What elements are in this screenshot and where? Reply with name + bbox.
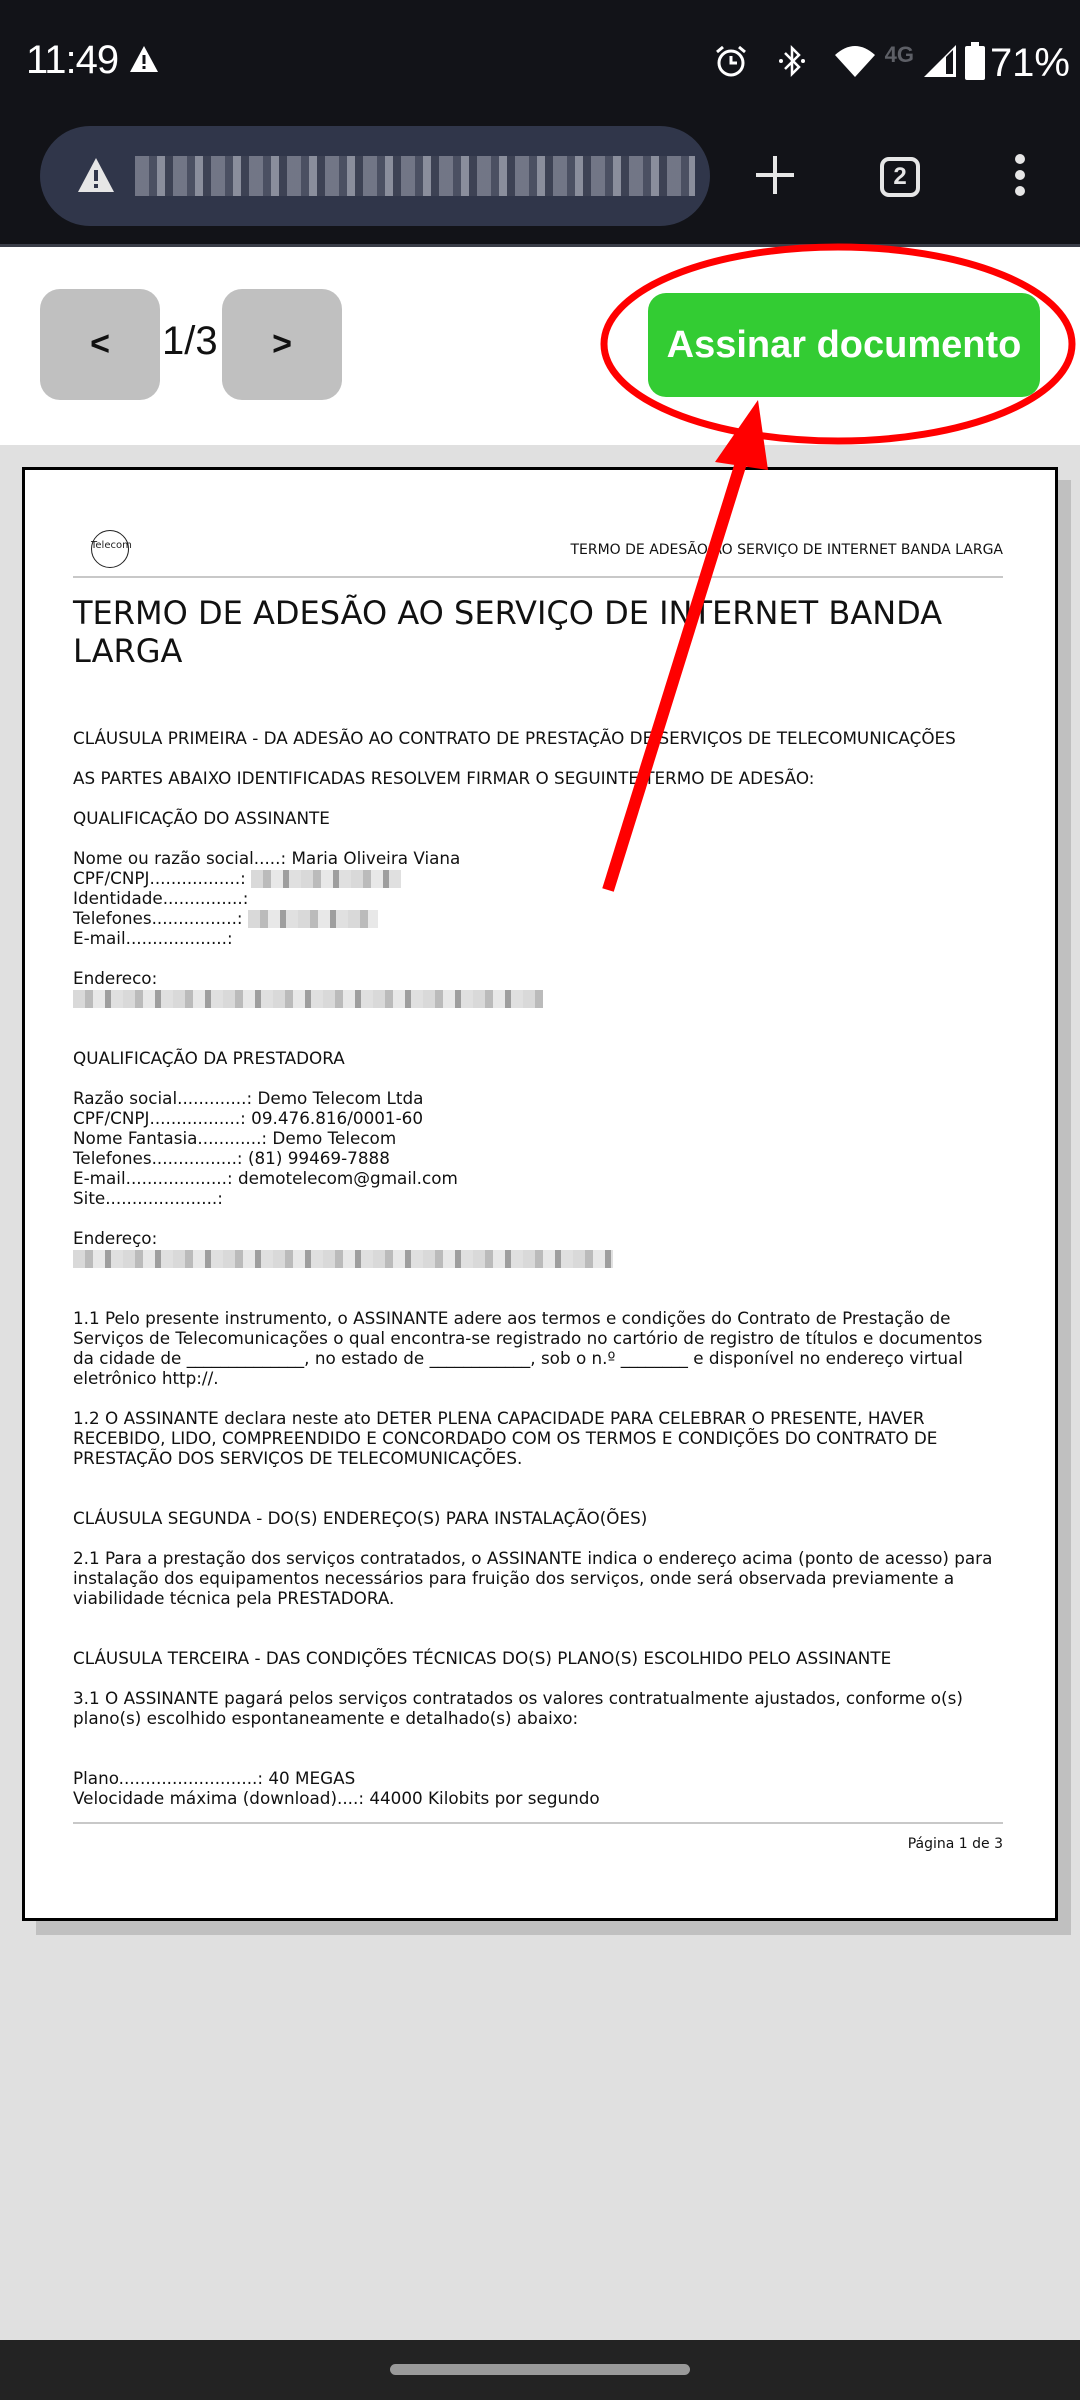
speed-value: 44000 Kilobits por segundo [369, 1788, 599, 1808]
clause-2-heading: CLÁUSULA SEGUNDA - DO(S) ENDEREÇO(S) PAR… [73, 1508, 1003, 1528]
signal-icon [922, 43, 958, 83]
provider-company: Demo Telecom Ltda [257, 1088, 423, 1108]
status-time: 11:49 [26, 38, 118, 83]
alarm-icon [713, 43, 749, 83]
plus-icon [754, 154, 796, 200]
redacted-subscriber-address [73, 990, 543, 1008]
subscriber-email: E-mail...................: [73, 928, 1003, 948]
url-bar[interactable] [40, 126, 710, 226]
viewer-header: < 1/3 > Assinar documento [0, 247, 1080, 445]
provider-address-label: Endereço: [73, 1228, 1003, 1248]
paragraph-1-1: 1.1 Pelo presente instrumento, o ASSINAN… [73, 1308, 1003, 1388]
subscriber-cpf: CPF/CNPJ.................: [73, 868, 1003, 888]
provider-email: demotelecom@gmail.com [238, 1168, 458, 1188]
speed-line: Velocidade máxima (download)....: 44000 … [73, 1788, 1003, 1808]
subscriber-name: Nome ou razão social.....: Maria Oliveir… [73, 848, 1003, 868]
browser-menu-button[interactable] [985, 142, 1055, 212]
more-vert-icon [1013, 153, 1027, 201]
paragraph-2-1: 2.1 Para a prestação dos serviços contra… [73, 1548, 1003, 1608]
battery-icon [964, 42, 986, 84]
subscriber-name-value: Maria Oliveira Viana [291, 848, 460, 868]
bluetooth-icon [777, 43, 807, 83]
provider-phone: (81) 99469-7888 [248, 1148, 390, 1168]
battery-percent: 71% [990, 41, 1070, 86]
page-footer: Página 1 de 3 [908, 1836, 1003, 1852]
wifi-icon [833, 43, 877, 83]
url-text-redacted[interactable] [135, 156, 695, 196]
new-tab-button[interactable] [740, 142, 810, 212]
warning-icon [128, 44, 160, 78]
plan-value: 40 MEGAS [268, 1768, 355, 1788]
tab-switcher-button[interactable]: 2 [865, 142, 935, 212]
sign-document-button[interactable]: Assinar documento [648, 293, 1040, 397]
browser-toolbar: 2 [0, 118, 1080, 247]
paragraph-3-1: 3.1 O ASSINANTE pagará pelos serviços co… [73, 1688, 1003, 1728]
tab-count: 2 [880, 157, 920, 197]
header-rule [73, 576, 1003, 578]
home-gesture-handle[interactable] [390, 2364, 690, 2375]
status-icons: 4G 71% [713, 38, 1070, 88]
paragraph-1-2: 1.2 O ASSINANTE declara neste ato DETER … [73, 1408, 1003, 1468]
next-page-button[interactable]: > [222, 289, 342, 400]
redacted-provider-address [73, 1250, 613, 1268]
document-page: Telecom TERMO DE ADESÃO AO SERVIÇO DE IN… [22, 467, 1058, 1921]
redacted-cpf [251, 870, 401, 888]
subscriber-phone: Telefones................: [73, 908, 1003, 928]
running-header: TERMO DE ADESÃO AO SERVIÇO DE INTERNET B… [570, 542, 1003, 558]
system-nav-bar [0, 2340, 1080, 2400]
subscriber-heading: QUALIFICAÇÃO DO ASSINANTE [73, 808, 1003, 828]
redacted-phone [248, 910, 378, 928]
subscriber-identity: Identidade...............: [73, 888, 1003, 908]
status-bar: 11:49 4G 71% [0, 0, 1080, 118]
parties-line: AS PARTES ABAIXO IDENTIFICADAS RESOLVEM … [73, 768, 1003, 788]
plan-line: Plano..........................: 40 MEGA… [73, 1768, 1003, 1788]
subscriber-address-label: Endereco: [73, 968, 1003, 988]
clause-1-heading: CLÁUSULA PRIMEIRA - DA ADESÃO AO CONTRAT… [73, 728, 1003, 748]
not-secure-warning-icon[interactable] [76, 156, 116, 198]
provider-trade-name: Demo Telecom [272, 1128, 396, 1148]
page-indicator: 1/3 [162, 319, 218, 364]
network-type: 4G [885, 42, 914, 68]
document-body: CLÁUSULA PRIMEIRA - DA ADESÃO AO CONTRAT… [73, 728, 1003, 1808]
logo-text: Telecom [91, 540, 132, 551]
footer-rule [73, 1822, 1003, 1824]
previous-page-button[interactable]: < [40, 289, 160, 400]
provider-heading: QUALIFICAÇÃO DA PRESTADORA [73, 1048, 1003, 1068]
provider-cnpj: 09.476.816/0001-60 [251, 1108, 423, 1128]
clause-3-heading: CLÁUSULA TERCEIRA - DAS CONDIÇÕES TÉCNIC… [73, 1648, 1003, 1668]
document-title: TERMO DE ADESÃO AO SERVIÇO DE INTERNET B… [73, 594, 1003, 670]
